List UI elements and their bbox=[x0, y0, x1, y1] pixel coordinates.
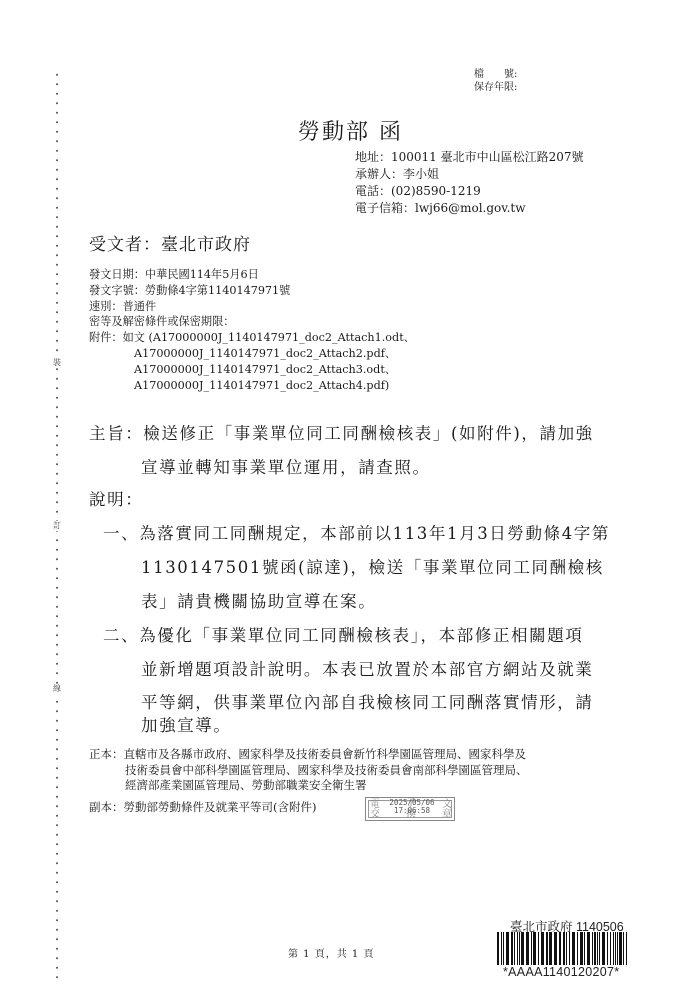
file-number-label: 檔 號: bbox=[474, 68, 517, 81]
document-title: 勞動部 函 bbox=[298, 115, 403, 146]
attachment-item[interactable]: A17000000J_1140147971_doc2_Attach2.pdf、 bbox=[89, 346, 415, 362]
phone: 電話：(02)8590-1219 bbox=[355, 183, 584, 200]
attachment-item[interactable]: A17000000J_1140147971_doc2_Attach3.odt、 bbox=[89, 362, 415, 378]
original-line-3: 經濟部產業園區管理局、勞動部職業安全衛生署 bbox=[89, 778, 528, 794]
explanation-item-2-line-3: 平等網，供事業單位內部自我檢核同工同酬落實情形，請 bbox=[141, 689, 594, 713]
contact-block: 地址：100011 臺北市中山區松江路207號 承辦人：李小姐 電話：(02)8… bbox=[355, 149, 584, 217]
electronic-exchange-stamp: 電 子 文 交 換 章 2025/05/06 17:06:58 bbox=[365, 797, 455, 821]
subject-line-1: 主旨：檢送修正「事業單位同工同酬檢核表」(如附件)，請加強 bbox=[89, 420, 594, 444]
attachment-item[interactable]: A17000000J_1140147971_doc2_Attach4.pdf) bbox=[89, 378, 415, 394]
file-meta: 檔 號: 保存年限: bbox=[474, 68, 517, 94]
speed-class: 速別：普通件 bbox=[89, 299, 415, 315]
retention-period-label: 保存年限: bbox=[474, 81, 517, 94]
issue-info: 發文日期：中華民國114年5月6日 發文字號：勞動條4字第1140147971號… bbox=[89, 267, 415, 393]
explanation-item-1-line-2: 1130147501號函(諒達)，檢送「事業單位同工同酬檢核 bbox=[141, 554, 604, 578]
barcode-number: *AAAA1140120207* bbox=[503, 965, 619, 979]
binding-mark-zhuang: 裝 bbox=[51, 358, 63, 368]
binding-mark-xian: 線 bbox=[51, 684, 63, 694]
email: 電子信箱：lwj66@mol.gov.tw bbox=[355, 200, 584, 217]
explanation-heading: 說明： bbox=[89, 486, 143, 510]
copy-recipients: 副本：勞動部勞動條件及就業平等司(含附件) bbox=[89, 800, 316, 816]
stamp-time: 17:06:58 bbox=[384, 807, 440, 815]
explanation-item-1-line-3: 表」請貴機關協助宣導在案。 bbox=[141, 588, 376, 612]
recipient: 受文者：臺北市政府 bbox=[89, 230, 251, 255]
stamp-timestamp: 2025/05/06 17:06:58 bbox=[384, 799, 440, 815]
document-number: 發文字號：勞動條4字第1140147971號 bbox=[89, 283, 415, 299]
secrecy-level: 密等及解密條件或保密期限： bbox=[89, 314, 415, 330]
subject-line-2: 宣導並轉知事業單位運用，請查照。 bbox=[141, 454, 431, 478]
issue-date: 發文日期：中華民國114年5月6日 bbox=[89, 267, 415, 283]
original-recipients: 正本：直轄市及各縣市政府、國家科學及技術委員會新竹科學園區管理局、國家科學及 技… bbox=[89, 747, 528, 794]
explanation-item-2-line-4: 加強宣導。 bbox=[141, 712, 232, 736]
explanation-item-2-line-1: 二、為優化「事業單位同工同酬檢核表」，本部修正相關題項 bbox=[103, 622, 583, 646]
explanation-item-1-line-1: 一、為落實同工同酬規定，本部前以113年1月3日勞動條4字第 bbox=[103, 520, 610, 544]
original-line-1: 正本：直轄市及各縣市政府、國家科學及技術委員會新竹科學園區管理局、國家科學及 bbox=[89, 747, 528, 763]
address: 地址：100011 臺北市中山區松江路207號 bbox=[355, 149, 584, 166]
barcode bbox=[497, 932, 629, 965]
handler: 承辦人：李小姐 bbox=[355, 166, 584, 183]
explanation-item-2-line-2: 並新增題項設計說明。本表已放置於本部官方網站及就業 bbox=[141, 656, 594, 680]
binding-mark-ding: 訂 bbox=[51, 521, 63, 531]
stamp-char: 交 bbox=[370, 810, 380, 820]
original-line-2: 技術委員會中部科學園區管理局、國家科學及技術委員會南部科學園區管理局、 bbox=[89, 763, 528, 779]
page-number: 第 1 頁，共 1 頁 bbox=[288, 945, 374, 960]
stamp-char: 章 bbox=[442, 810, 452, 820]
attachments-label: 附件：如文 (A17000000J_1140147971_doc2_Attach… bbox=[89, 330, 415, 346]
